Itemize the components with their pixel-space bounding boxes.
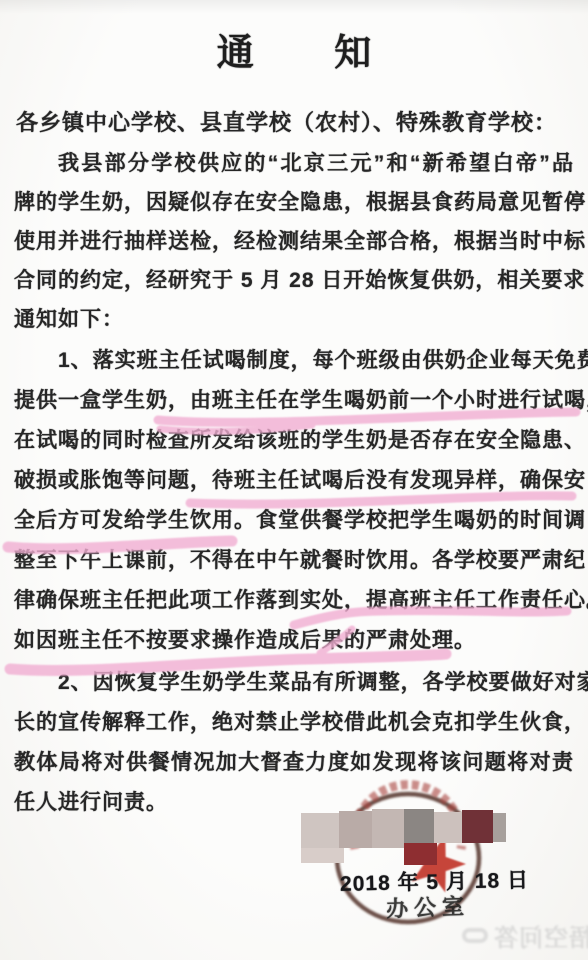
mosaic-block [301, 813, 339, 848]
body-line: 1、落实班主任试喝制度，每个班级由供奶企业每天免费 [14, 347, 574, 374]
mosaic-block [339, 811, 372, 848]
watermark: 悟空问答 [462, 918, 588, 953]
body-line: 破损或胀饱等问题，待班主任试喝后没有发现异样，确保安 [14, 467, 574, 494]
body-line: 牌的学生奶，因疑似存在安全隐患，根据县食药局意见暂停 [14, 189, 574, 216]
mosaic-block [462, 810, 493, 843]
mosaic-block [372, 809, 404, 848]
body-line: 我县部分学校供应的“北京三元”和“新希望白帝”品 [14, 150, 574, 177]
body-line: 如因班主任不按要求操作造成后果的严肃处理。 [14, 627, 574, 654]
body-line: 长的宣传解释工作，绝对禁止学校借此机会克扣学生伙食， [14, 709, 574, 736]
mosaic-block [301, 848, 344, 863]
notice-document: 通 知 各乡镇中心学校、县直学校（农村）、特殊教育学校： 我县部分学校供应的“北… [0, 0, 588, 960]
body-line: 教体局将对供餐情况加大督查力度如发现将该问题将对责 [14, 749, 574, 776]
seal-office-label: 办公室 [385, 890, 470, 924]
body-line: 通知如下： [14, 306, 574, 333]
body-line: 整至下午上课前，不得在中午就餐时饮用。各学校要严肃纪 [14, 547, 574, 574]
mosaic-block [404, 809, 434, 843]
watermark-text: 悟空问答 [493, 918, 588, 953]
watermark-logo-icon [462, 928, 488, 943]
body-line: 全后方可发给学生饮用。食堂供餐学校把学生喝奶的时间调 [14, 507, 574, 534]
mosaic-block [434, 812, 462, 843]
body-line: 在试喝的同时检查所发给该班的学生奶是否存在安全隐患、 [14, 427, 574, 454]
mosaic-block [404, 843, 437, 865]
mosaic-block [493, 813, 506, 842]
body-line: 合同的约定，经研究于 5 月 28 日开始恢复供奶，相关要求 [14, 267, 574, 294]
body-line: 律确保班主任把此项工作落到实处，提高班主任工作责任心。 [14, 587, 574, 614]
body-line: 2、因恢复学生奶学生菜品有所调整，各学校要做好对家 [14, 669, 574, 696]
body-line: 提供一盒学生奶，由班主任在学生喝奶前一个小时进行试喝， [14, 387, 574, 414]
body-line: 使用并进行抽样送检，经检测结果全部合格，根据当时中标 [14, 228, 574, 255]
